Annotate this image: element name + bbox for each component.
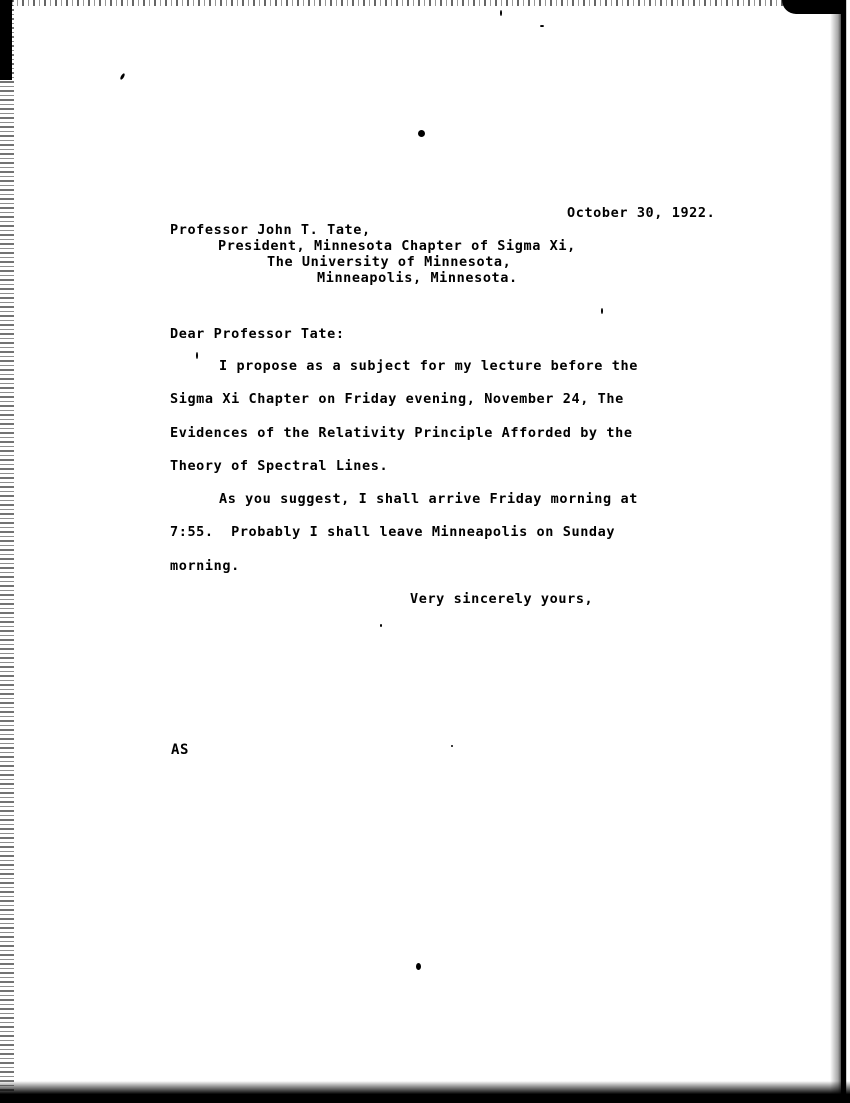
scan-edge-top: [0, 0, 850, 6]
scan-edge-left: [0, 0, 14, 1103]
closing: Very sincerely yours,: [410, 591, 593, 607]
scan-edge-right: [830, 0, 850, 1103]
sender-initials: AS: [171, 742, 189, 758]
recipient-title: President, Minnesota Chapter of Sigma Xi…: [218, 238, 576, 254]
paragraph-line: As you suggest, I shall arrive Friday mo…: [219, 491, 638, 507]
recipient-name: Professor John T. Tate,: [170, 222, 371, 238]
letter-page: October 30, 1922. Professor John T. Tate…: [0, 0, 850, 1103]
salutation: Dear Professor Tate:: [170, 326, 345, 342]
recipient-institution: The University of Minnesota,: [267, 254, 511, 270]
paragraph-line: morning.: [170, 558, 240, 574]
ink-speck: [416, 963, 421, 970]
scan-corner-top-left: [0, 0, 12, 80]
ink-speck: [540, 25, 544, 27]
recipient-city: Minneapolis, Minnesota.: [317, 270, 518, 286]
ink-speck: [601, 308, 603, 314]
paragraph-line: Sigma Xi Chapter on Friday evening, Nove…: [170, 391, 624, 407]
ink-speck: [500, 10, 502, 16]
ink-speck: [196, 352, 198, 359]
paragraph-line: Evidences of the Relativity Principle Af…: [170, 425, 633, 441]
paragraph-line: Theory of Spectral Lines.: [170, 458, 388, 474]
paragraph-line: 7:55. Probably I shall leave Minneapolis…: [170, 524, 615, 540]
scan-edge-bottom: [0, 1081, 850, 1103]
ink-speck: [451, 745, 453, 747]
scan-edge-right-line: [841, 0, 844, 1103]
ink-speck: [418, 130, 425, 137]
ink-speck: [380, 624, 382, 627]
ink-speck: [119, 73, 125, 81]
paragraph-line: I propose as a subject for my lecture be…: [219, 358, 638, 374]
letter-date: October 30, 1922.: [567, 205, 715, 221]
scan-corner-top-right: [782, 0, 842, 14]
